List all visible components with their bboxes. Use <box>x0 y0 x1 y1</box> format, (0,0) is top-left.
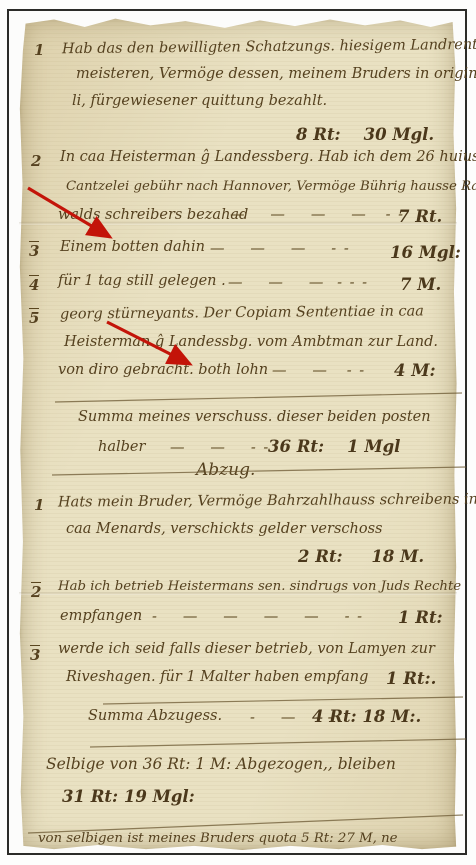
entry-text-line: li, fürgewiesener quittung bezahlt. <box>72 94 327 110</box>
entry-number: 5 <box>29 308 39 327</box>
closing-line: Selbige von 36 Rt: 1 M: Abgezogen,, blei… <box>46 756 396 773</box>
entry-text-line: Einem botten dahin <box>60 240 205 256</box>
summa-amount: 4 Rt: 18 M:. <box>312 708 421 726</box>
entry-amount: 2 Rt: 18 M. <box>298 548 424 566</box>
abzug-header: Abzug. <box>196 461 255 480</box>
closing-line: von selbigen ist meines Bruders quota 5 … <box>38 832 398 847</box>
scanned-manuscript-page: 1 Hab das den bewilligten Schatzungs. hi… <box>0 0 476 865</box>
entry-number: 3 <box>29 241 39 260</box>
entry-text-line: Riveshagen. für 1 Malter haben empfang <box>66 670 368 686</box>
dash-fill: — — — - - <box>210 242 350 258</box>
dash-fill: - — — — — - - <box>152 610 364 626</box>
entry-text-line: In caa Heisterman ĝ Landessberg. Hab ich… <box>60 150 476 166</box>
summa-label: Summa Abzugess. <box>88 709 222 725</box>
dash-fill: — — — — - - <box>230 208 405 224</box>
entry-text-line: caa Menards, verschickts gelder verschos… <box>66 522 382 538</box>
summa-amount: 36 Rt: 1 Mgl <box>268 438 400 456</box>
entry-text-line: meisteren, Vermöge dessen, meinem Bruder… <box>76 67 476 83</box>
entry-amount: 4 M: <box>394 362 436 380</box>
entry-text-line: empfangen <box>60 609 142 625</box>
entry-text-line: georg stürneyants. Der Copiam Sententiae… <box>60 304 424 323</box>
entry-text-line: von diro gebracht. both lohn <box>58 363 268 379</box>
dash-fill: — — - - <box>272 364 366 380</box>
entry-amount: 7 Rt. <box>398 208 442 226</box>
entry-number: 4 <box>29 275 39 294</box>
entry-text-line: walds schreibers bezahad <box>58 208 248 224</box>
summa-label: halber <box>98 440 145 456</box>
entry-number: 2 <box>31 582 41 601</box>
dash-fill: — — - - <box>170 441 270 457</box>
entry-amount: 1 Rt:. <box>386 670 436 688</box>
entry-number: 3 <box>30 645 40 664</box>
entry-text-line: Hats mein Bruder, Vermöge Bahrzahlhauss … <box>58 493 476 512</box>
entry-text-line: werde ich seid falls dieser betrieb, von… <box>58 642 435 658</box>
entry-amount: 7 M. <box>400 276 441 294</box>
summa-line: Summa meines verschuss. dieser beiden po… <box>78 410 431 426</box>
entry-text-line: für 1 tag still gelegen . <box>58 274 226 290</box>
closing-balance: 31 Rt: 19 Mgl: <box>62 788 195 806</box>
entry-text-line: Heisterman ĝ Landessbg. vom Ambtman zur … <box>64 335 438 351</box>
entry-amount: 16 Mgl: <box>390 244 461 262</box>
entry-number: 1 <box>34 497 44 514</box>
entry-text-line: Hab ich betrieb Heistermans sen. sindrug… <box>58 580 461 595</box>
entry-number: 1 <box>34 42 44 59</box>
entry-text-line: Cantzelei gebühr nach Hannover, Vermöge … <box>66 180 476 195</box>
entry-number: 2 <box>31 153 41 170</box>
entry-amount: 1 Rt: <box>398 609 443 627</box>
dash-fill: — — — - - - <box>228 276 369 292</box>
entry-amount: 8 Rt: 30 Mgl. <box>296 126 434 144</box>
